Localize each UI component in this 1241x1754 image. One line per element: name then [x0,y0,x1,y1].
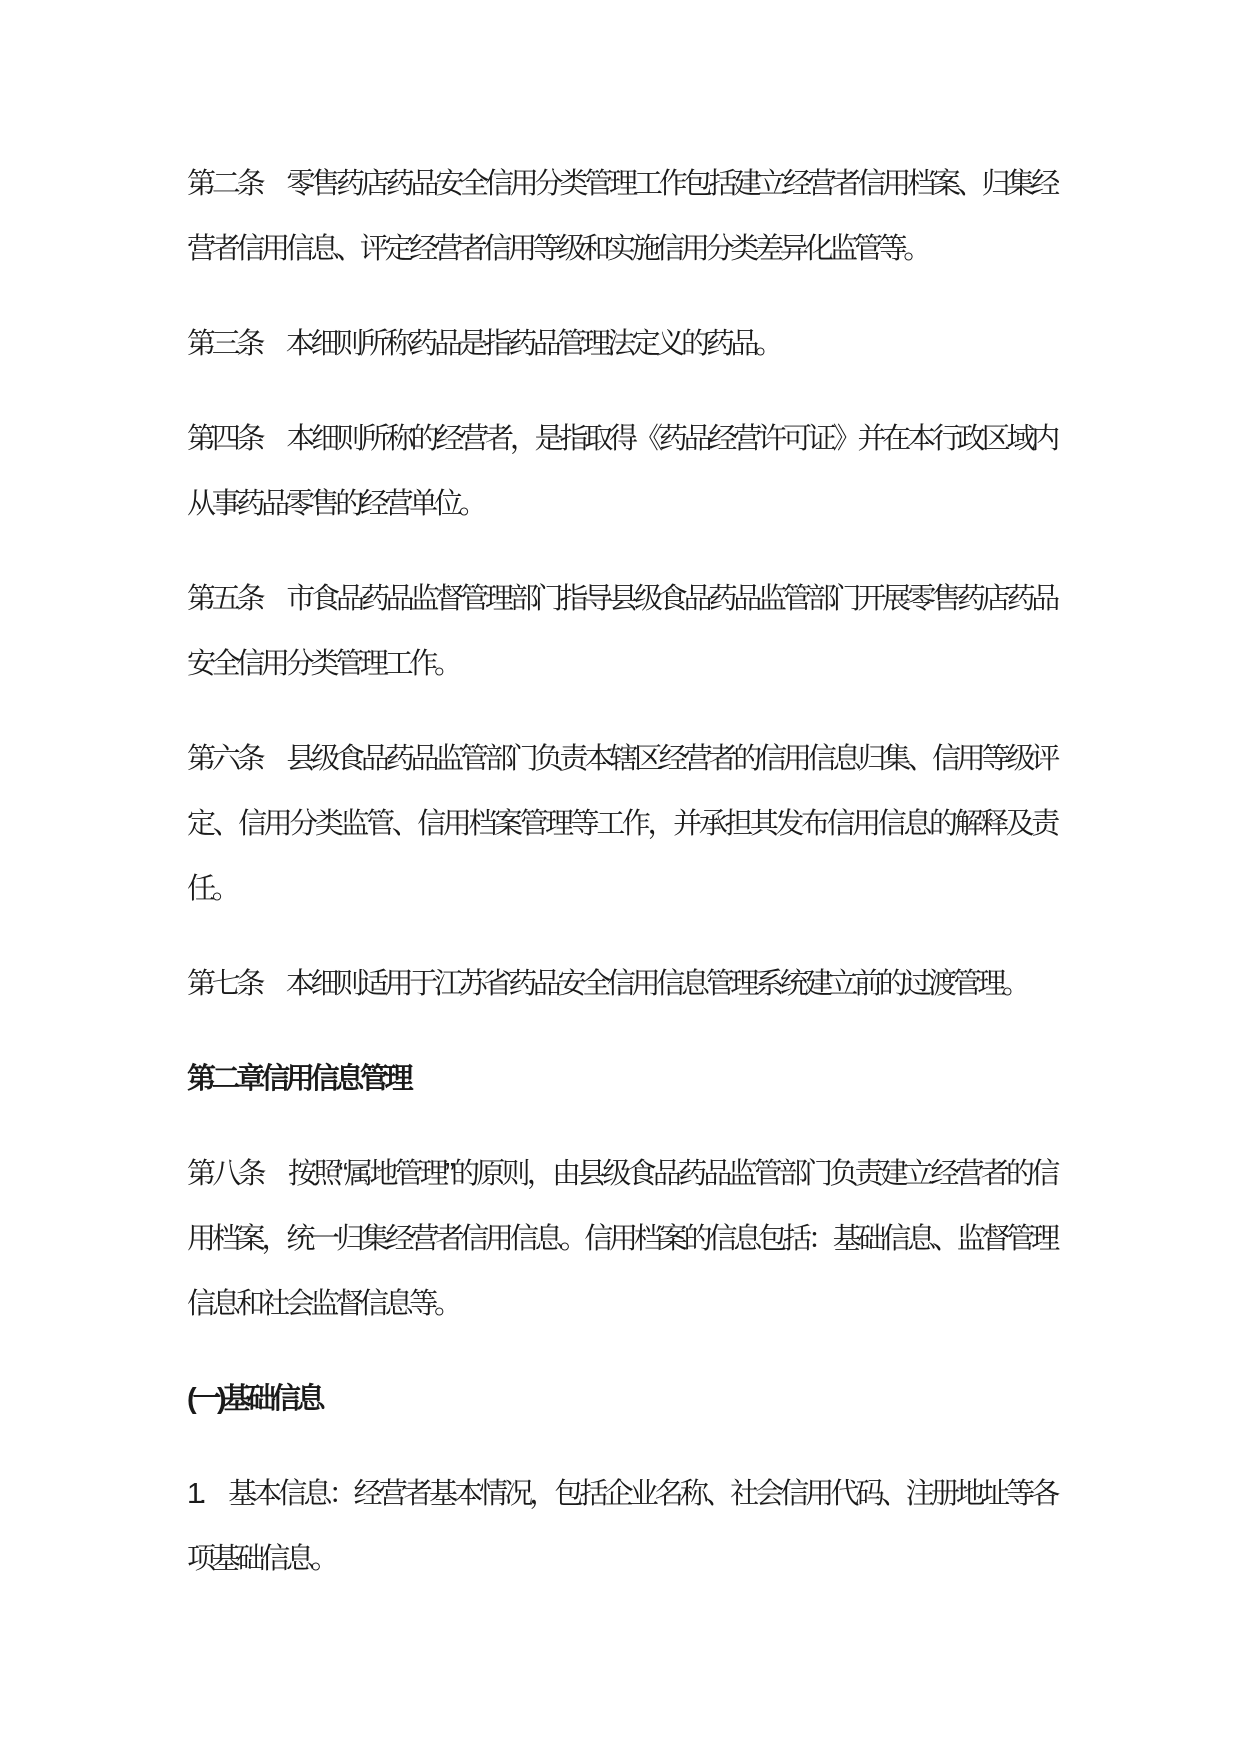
article-clause-5: 第五条 市食品药品监督管理部门指导县级食品药品监管部门开展零售药店药品安全信用分… [187,567,1056,697]
article-clause-8: 第八条 按照“属地管理”的原则，由县级食品药品监管部门负责建立经营者的信用档案，… [187,1142,1056,1337]
article-clause-6: 第六条 县级食品药品监管部门负责本辖区经营者的信用信息归集、信用等级评定、信用分… [187,727,1056,922]
article-clause-3: 第三条 本细则所称药品是指药品管理法定义的药品。 [187,312,1056,377]
article-clause-2: 第二条 零售药店药品安全信用分类管理工作包括建立经营者信用档案、归集经营者信用信… [187,152,1056,282]
document-page: 第二条 零售药店药品安全信用分类管理工作包括建立经营者信用档案、归集经营者信用信… [0,0,1241,1754]
numbered-item-1-basic-info: 1. 基本信息：经营者基本情况，包括企业名称、社会信用代码、注册地址等各项基础信… [187,1462,1056,1592]
document-content: 第二条 零售药店药品安全信用分类管理工作包括建立经营者信用档案、归集经营者信用信… [187,152,1056,1622]
article-clause-7: 第七条 本细则适用于江苏省药品安全信用信息管理系统建立前的过渡管理。 [187,952,1056,1017]
chapter-2-heading: 第二章信用信息管理 [187,1047,1056,1112]
article-clause-4: 第四条 本细则所称的经营者，是指取得《药品经营许可证》并在本行政区域内从事药品零… [187,407,1056,537]
section-1-basic-info-heading: (一)基础信息 [187,1367,1056,1432]
